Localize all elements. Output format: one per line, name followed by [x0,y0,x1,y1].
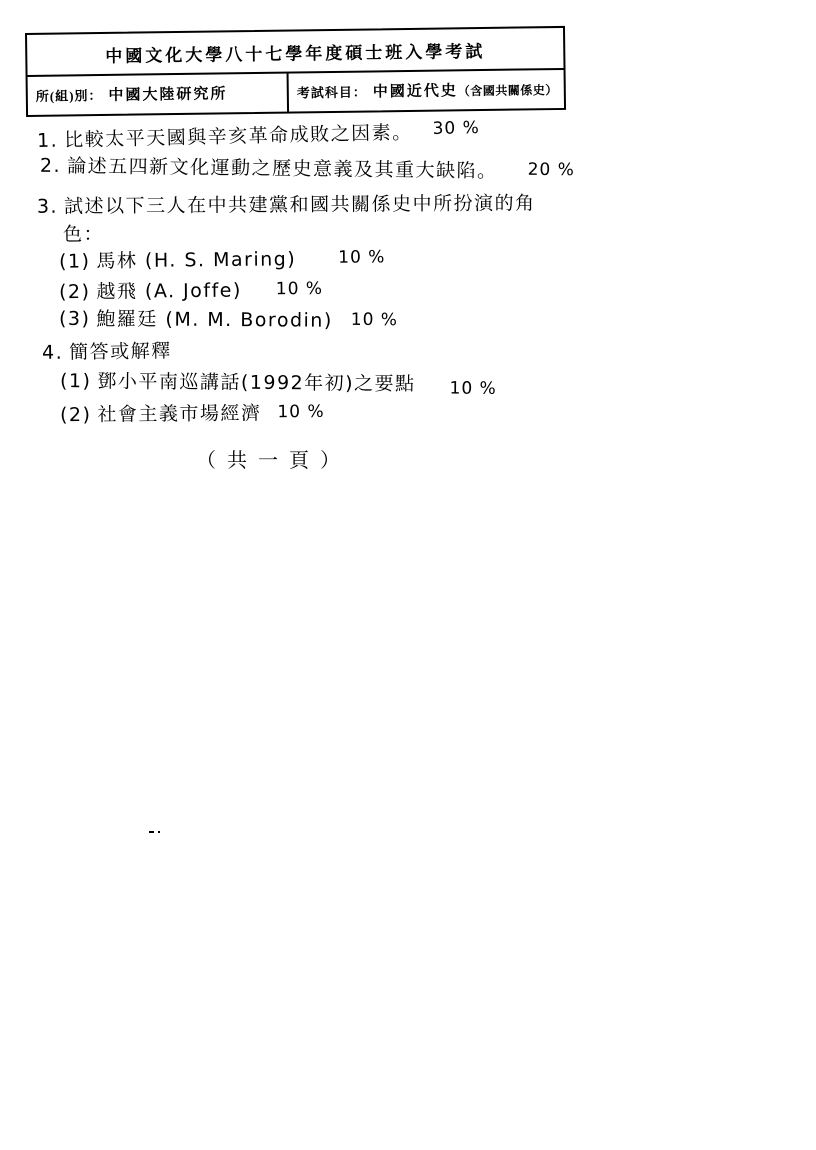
scan-speck [149,831,154,833]
question-4-subitem-1: (1)鄧小平南巡講話(1992年初)之要點10 % [60,366,497,397]
subject-note: （含國共關係史） [458,83,558,98]
subitem-number: (2) [59,281,91,303]
subitem-score: 10 % [338,247,385,267]
subject-value: 中國近代史 [373,83,458,100]
subitem-number: (3) [59,308,91,330]
question-2-number: 2. [40,155,61,177]
question-1-text: 比較太平天國與辛亥革命成敗之因素。 [64,122,413,152]
subitem-text: 鄧小平南巡講話(1992年初)之要點 [97,370,415,395]
subitem-text: 社會主義市場經濟 [97,402,261,425]
department-value: 中國大陸研究所 [108,86,227,104]
question-2-text: 論述五四新文化運動之歷史意義及其重大缺陷。 [67,155,498,182]
department-cell: 所(組)別：中國大陸研究所 [28,74,287,115]
question-1-score: 30 % [432,118,480,139]
question-1: 1.比較太平天國與辛亥革命成敗之因素。30 % [37,116,480,153]
subitem-number: (1) [59,250,91,272]
question-4-subitem-2: (2)社會主義市場經濟10 % [60,398,325,427]
exam-title: 中國文化大學八十七學年度碩士班入學考試 [27,28,564,77]
subject-label: 考試科目： [297,85,367,101]
subject-cell: 考試科目：中國近代史（含國共關係史） [287,70,565,112]
subitem-number: (1) [60,370,92,392]
question-4-text: 簡答或解釋 [69,340,172,363]
question-4: 4.簡答或解釋 [42,336,172,365]
subitem-score: 10 % [276,279,323,299]
question-2-score: 20 % [528,160,575,181]
question-4-number: 4. [42,342,63,364]
header-row: 所(組)別：中國大陸研究所 考試科目：中國近代史（含國共關係史） [28,70,564,115]
question-3: 3.試述以下三人在中共建黨和國共關係史中所扮演的角色： [37,189,549,249]
subitem-number: (2) [60,404,92,426]
question-2: 2.論述五四新文化運動之歷史意義及其重大缺陷。20 % [40,151,575,185]
subitem-text: 越飛 (A. Joffe) [96,280,242,303]
page-count-note: （共一頁） [196,444,351,473]
department-label: 所(組)別： [36,88,103,104]
question-3-subitem-2: (2)越飛 (A. Joffe)10 % [59,275,323,304]
subitem-text: 馬林 (H. S. Maring) [96,248,296,272]
question-3-text: 試述以下三人在中共建黨和國共關係史中所扮演的角色： [63,192,536,245]
subitem-score: 10 % [351,310,398,330]
subitem-score: 10 % [449,378,496,398]
subitem-score: 10 % [277,402,324,422]
question-1-number: 1. [37,130,59,152]
question-3-number: 3. [37,196,58,218]
question-3-subitem-3: (3)鮑羅廷 (M. M. Borodin)10 % [59,304,398,333]
exam-header-box: 中國文化大學八十七學年度碩士班入學考試 所(組)別：中國大陸研究所 考試科目：中… [25,26,566,117]
question-3-subitem-1: (1)馬林 (H. S. Maring)10 % [59,243,386,273]
subitem-text: 鮑羅廷 (M. M. Borodin) [96,308,333,332]
